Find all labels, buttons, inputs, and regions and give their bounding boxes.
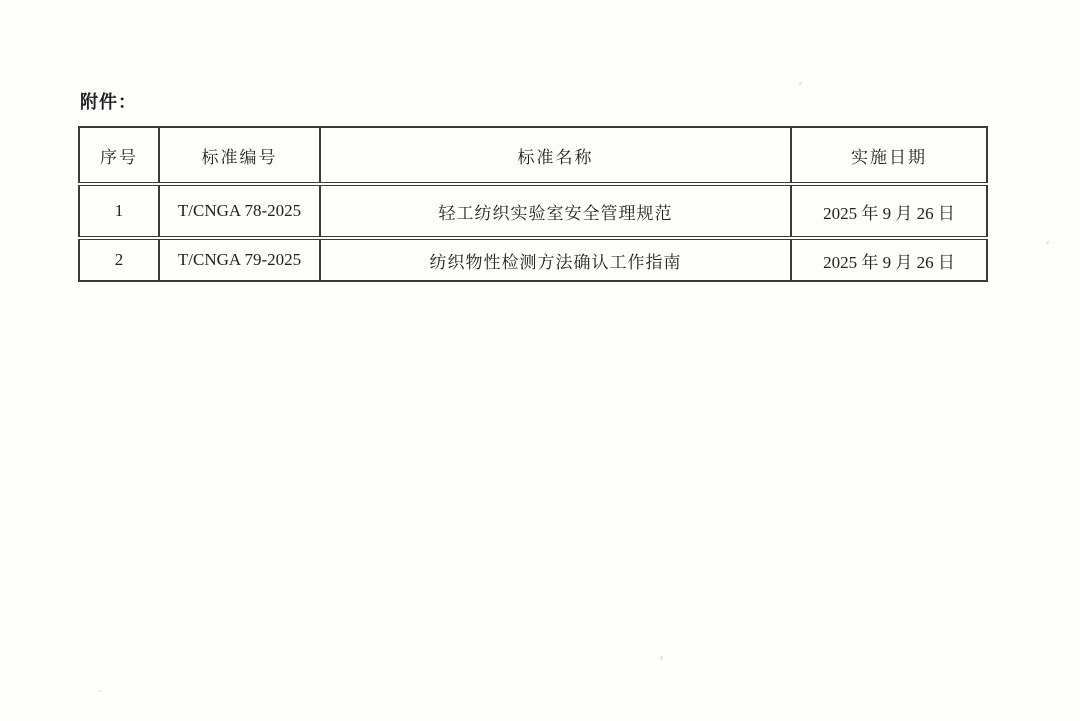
table-header-row: 序号 标准编号 标准名称 实施日期 <box>79 127 987 184</box>
scan-speck <box>660 656 663 660</box>
col-header-code: 标准编号 <box>159 127 320 184</box>
col-header-name: 标准名称 <box>320 127 791 184</box>
table-row: 1 T/CNGA 78-2025 轻工纺织实验室安全管理规范 2025 年 9 … <box>79 184 987 238</box>
attachment-label: 附件： <box>80 88 137 114</box>
scan-speck <box>98 690 102 692</box>
scan-speck <box>1046 241 1049 244</box>
cell-serial: 1 <box>79 184 159 238</box>
document-page: 附件： 序号 标准编号 标准名称 实施日期 1 T/CNGA 78-2025 轻… <box>0 0 1080 721</box>
col-header-serial: 序号 <box>79 127 159 184</box>
cell-serial: 2 <box>79 238 159 281</box>
cell-name: 纺织物性检测方法确认工作指南 <box>320 238 791 281</box>
cell-name: 轻工纺织实验室安全管理规范 <box>320 184 791 238</box>
col-header-date: 实施日期 <box>791 127 987 184</box>
cell-date: 2025 年 9 月 26 日 <box>791 238 987 281</box>
standards-table: 序号 标准编号 标准名称 实施日期 1 T/CNGA 78-2025 轻工纺织实… <box>78 126 988 282</box>
cell-date: 2025 年 9 月 26 日 <box>791 184 987 238</box>
cell-code: T/CNGA 78-2025 <box>159 184 320 238</box>
cell-code: T/CNGA 79-2025 <box>159 238 320 281</box>
scan-speck <box>799 82 802 85</box>
table-row: 2 T/CNGA 79-2025 纺织物性检测方法确认工作指南 2025 年 9… <box>79 238 987 281</box>
